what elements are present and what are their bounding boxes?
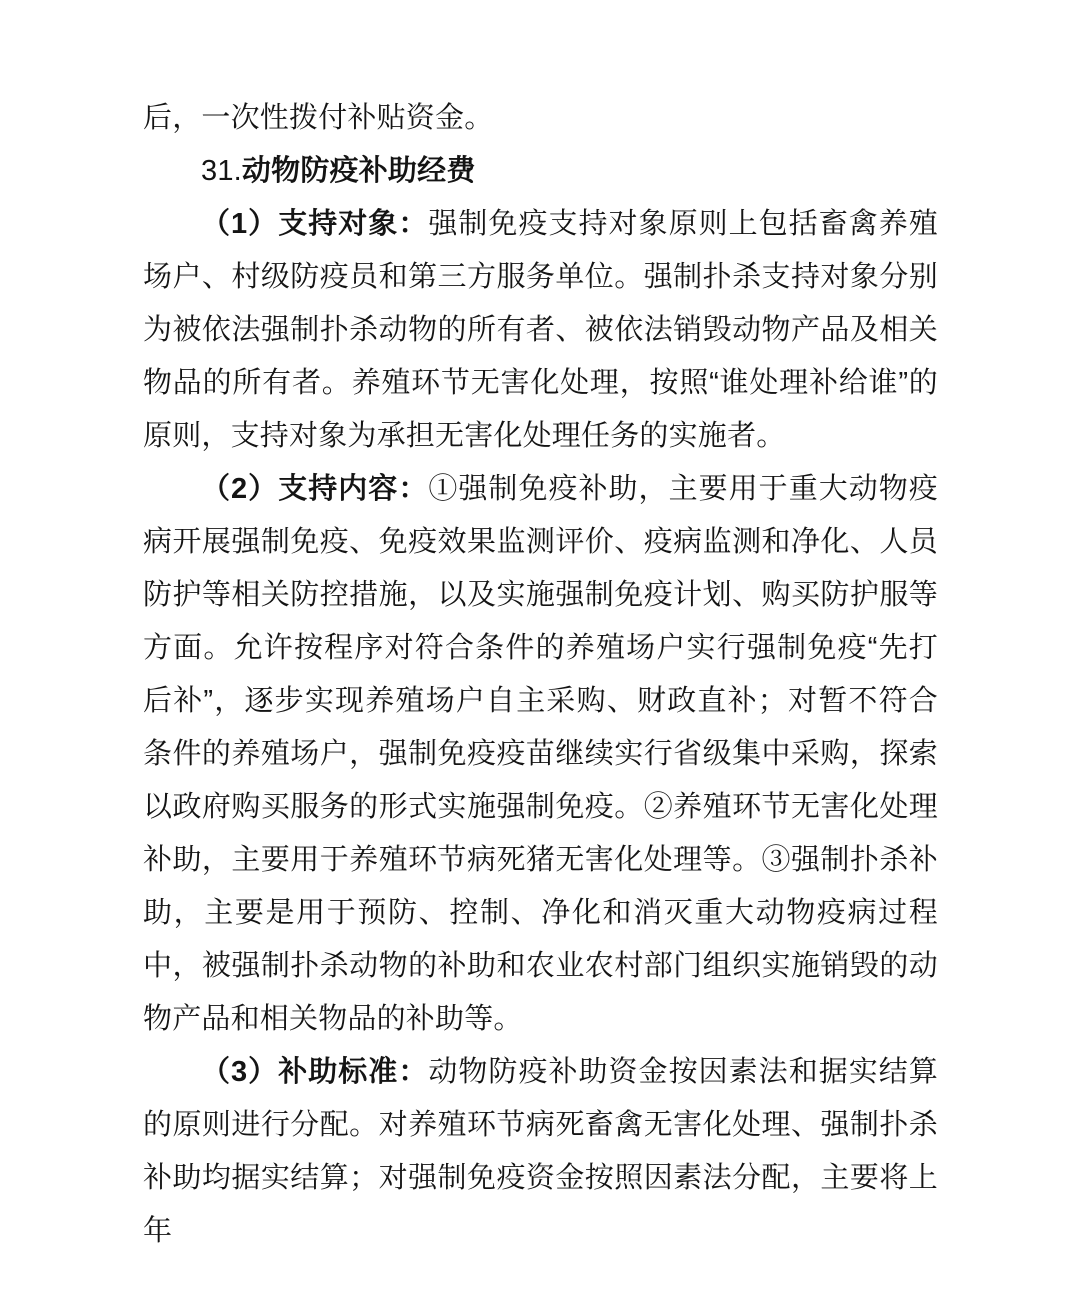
paragraph-support-target: （1）支持对象：强制免疫支持对象原则上包括畜禽养殖场户、村级防疫员和第三方服务单…	[143, 198, 938, 463]
paragraph-body-text: 强制免疫支持对象原则上包括畜禽养殖场户、村级防疫员和第三方服务单位。强制扑杀支持…	[143, 208, 938, 452]
document-page: 后，一次性拨付补贴资金。 31.动物防疫补助经费 （1）支持对象：强制免疫支持对…	[0, 0, 1068, 1296]
paragraph-lead-label: （2）支持内容：	[201, 473, 428, 505]
section-title: 动物防疫补助经费	[242, 155, 476, 187]
paragraph-lead-label: （3）补助标准：	[201, 1056, 428, 1088]
paragraph-continuation: 后，一次性拨付补贴资金。	[143, 92, 938, 145]
text-run: 后，一次性拨付补贴资金。	[143, 102, 493, 134]
section-heading: 31.动物防疫补助经费	[143, 145, 938, 198]
section-number: 31.	[201, 155, 242, 187]
paragraph-lead-label: （1）支持对象：	[201, 208, 428, 240]
paragraph-subsidy-standard: （3）补助标准：动物防疫补助资金按因素法和据实结算的原则进行分配。对养殖环节病死…	[143, 1046, 938, 1258]
paragraph-support-content: （2）支持内容：①强制免疫补助，主要用于重大动物疫病开展强制免疫、免疫效果监测评…	[143, 463, 938, 1046]
paragraph-body-text: ①强制免疫补助，主要用于重大动物疫病开展强制免疫、免疫效果监测评价、疫病监测和净…	[143, 473, 938, 1035]
